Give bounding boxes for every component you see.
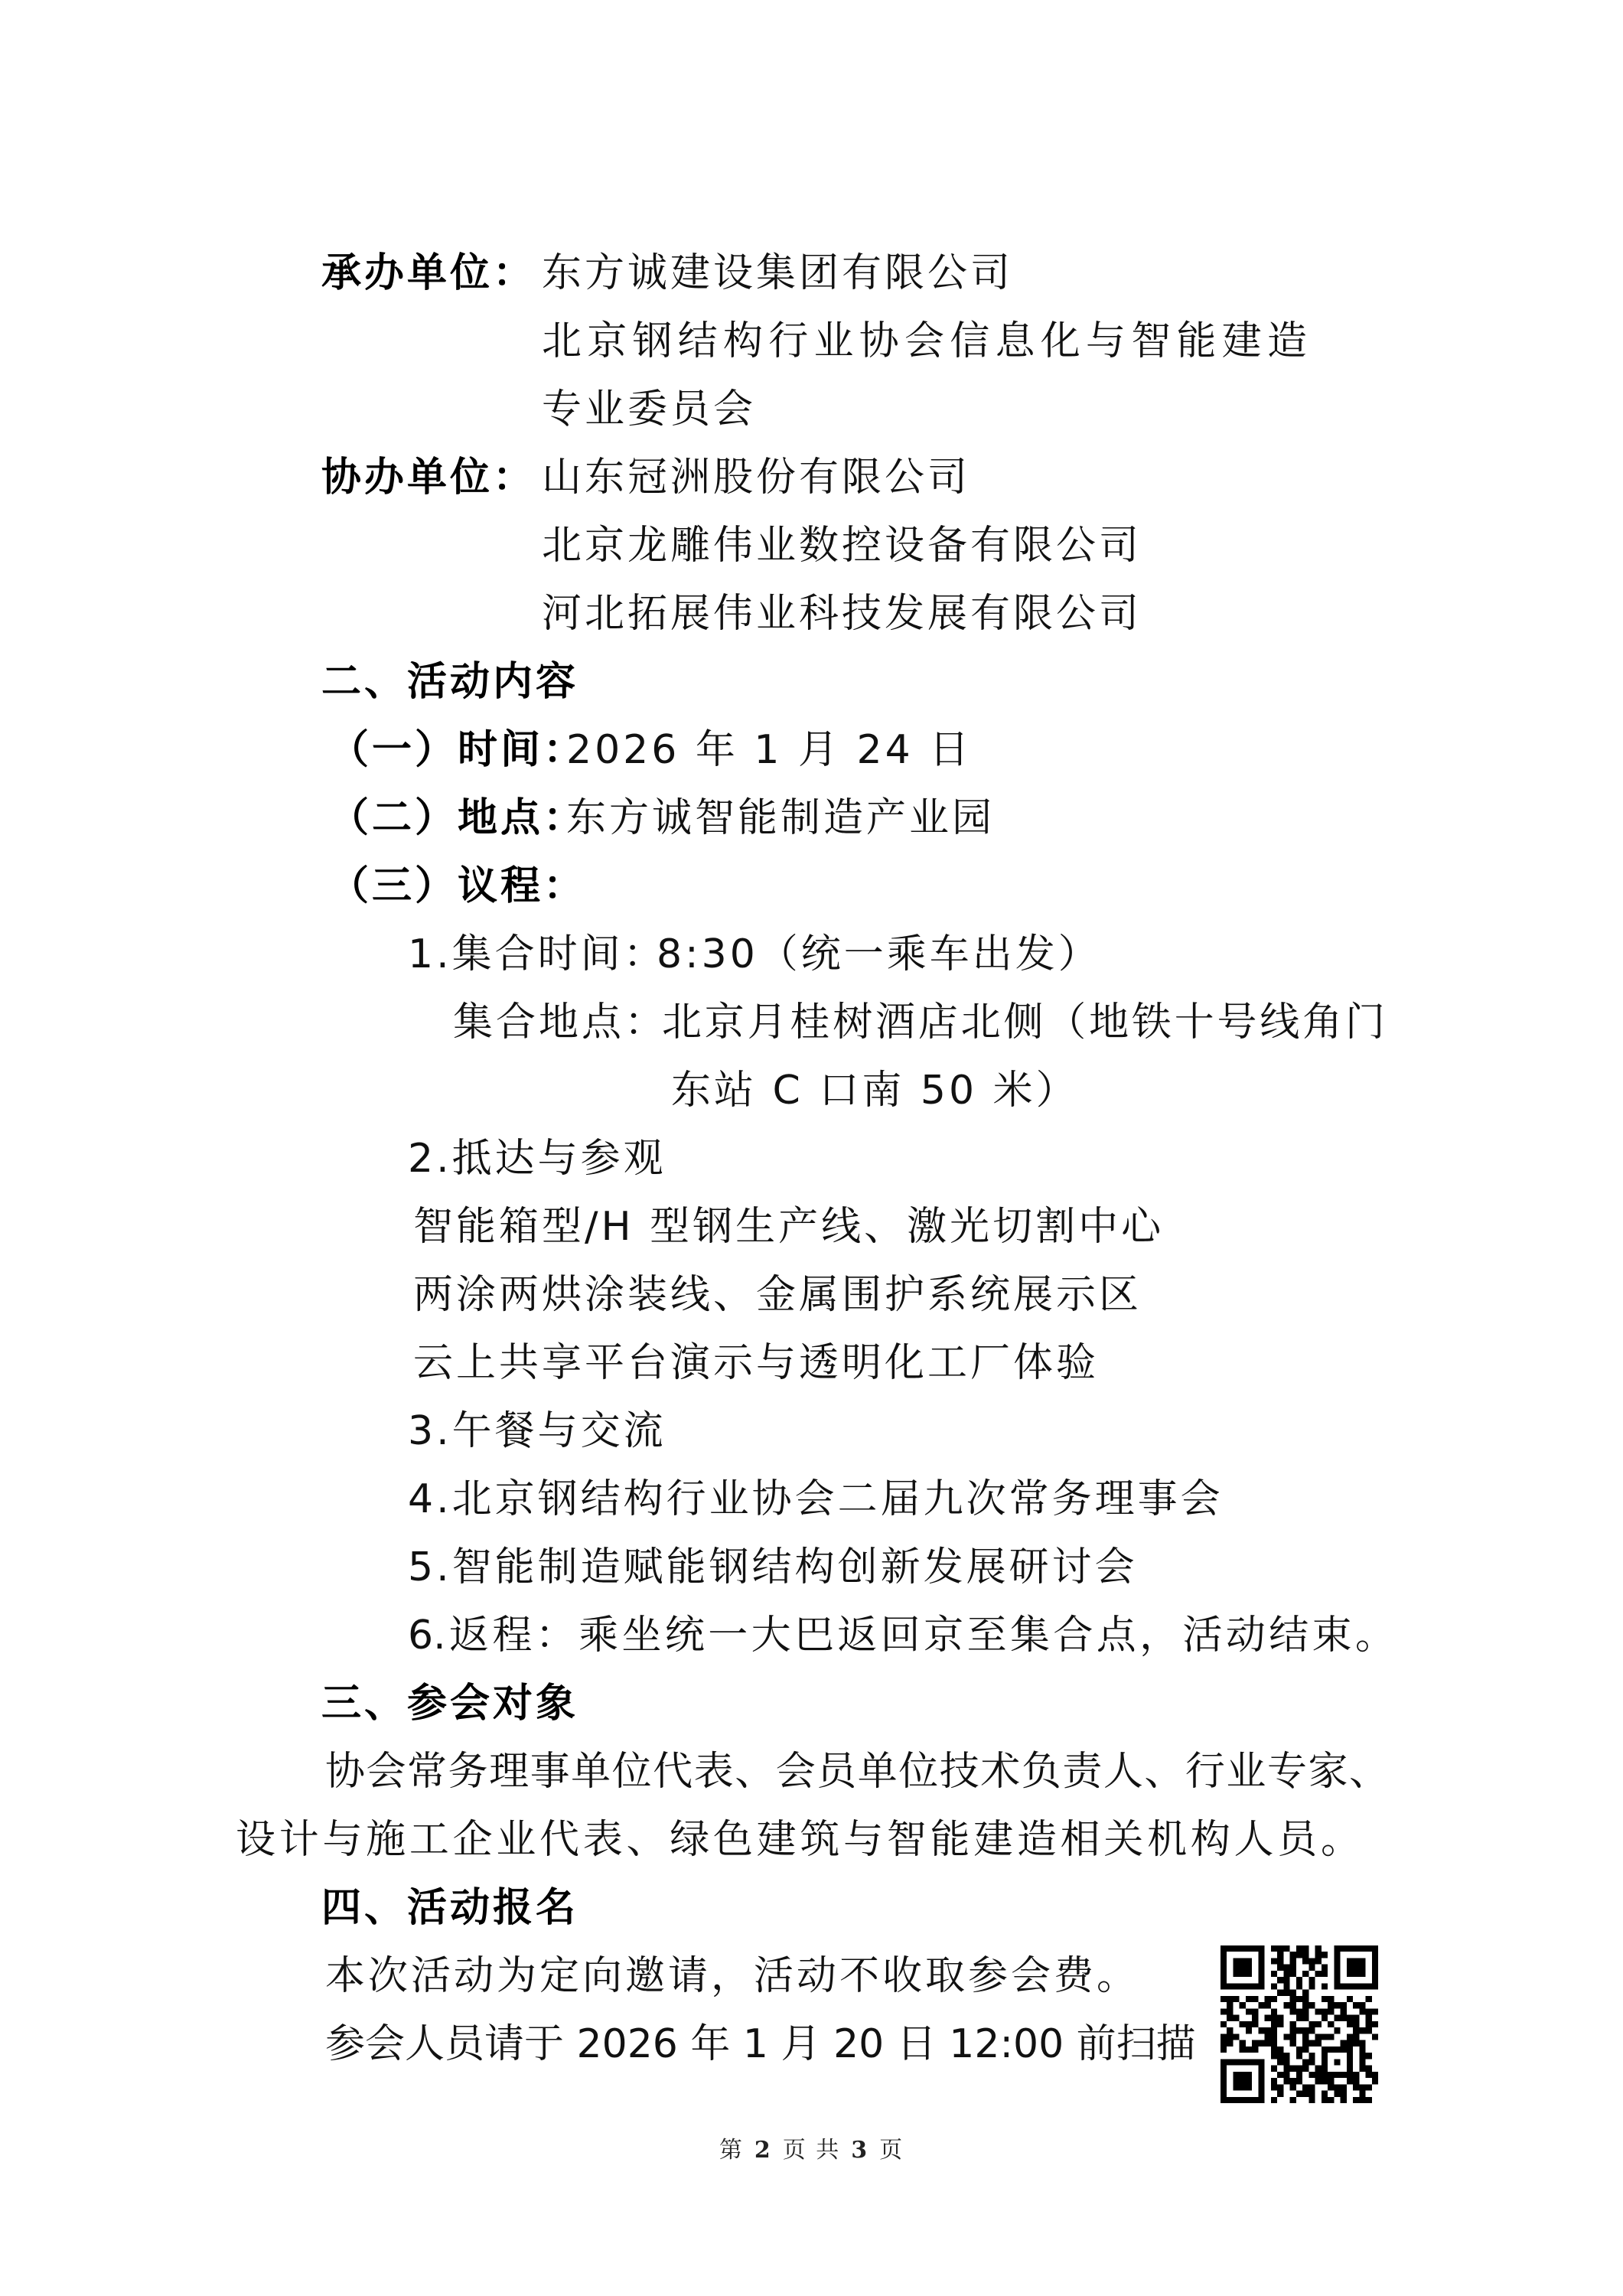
assembly-place-value-cont: 东站 C 口南 50 米） <box>671 1060 1079 1121</box>
agenda-item-1-label: 1.集合时间： <box>408 924 666 985</box>
agenda-item-5: 5.智能制造赋能钢结构创新发展研讨会 <box>408 1537 1138 1598</box>
agenda-item-2-detail-2: 两涂两烘涂装线、金属围护系统展示区 <box>413 1264 1142 1326</box>
time-value: 2026 年 1 月 24 日 <box>566 719 972 781</box>
co-unit-2: 北京龙雕伟业数控设备有限公司 <box>542 515 1142 576</box>
footer-total-pages: 3 <box>851 2137 869 2164</box>
agenda-item-2: 2.抵达与参观 <box>408 1128 666 1189</box>
registration-text-line-2: 参会人员请于 2026 年 1 月 20 日 12:00 前扫描 <box>325 2014 1182 2075</box>
host-unit-label: 承办单位： <box>321 243 536 304</box>
host-unit-2: 北京钢结构行业协会信息化与智能建造 <box>542 311 1307 372</box>
co-unit-3: 河北拓展伟业科技发展有限公司 <box>542 583 1142 644</box>
agenda-item-3: 3.午餐与交流 <box>408 1401 666 1462</box>
document-page: 承办单位： 东方诚建设集团有限公司 北京钢结构行业协会信息化与智能建造 专业委员… <box>0 0 1623 2296</box>
footer-current-page: 2 <box>754 2137 772 2164</box>
agenda-item-2-detail-1: 智能箱型/H 型钢生产线、激光切割中心 <box>413 1196 1164 1257</box>
place-value: 东方诚智能制造产业园 <box>566 788 995 849</box>
agenda-label: （三）议程： <box>329 856 586 917</box>
page-footer: 第2页 共3页 <box>0 2128 1623 2174</box>
participants-text-line-2: 设计与施工企业代表、绿色建筑与智能建造相关机构人员。 <box>236 1809 1361 1870</box>
registration-text-line-1: 本次活动为定向邀请，活动不收取参会费。 <box>325 1945 1139 2007</box>
agenda-item-2-detail-3: 云上共享平台演示与透明化工厂体验 <box>413 1332 1099 1394</box>
host-unit-1: 东方诚建设集团有限公司 <box>542 243 1013 304</box>
assembly-place-label: 集合地点： <box>453 992 667 1053</box>
time-label: （一）时间： <box>329 719 586 781</box>
agenda-item-4: 4.北京钢结构行业协会二届九次常务理事会 <box>408 1469 1224 1530</box>
footer-prefix: 第 <box>719 2137 744 2164</box>
qr-code-icon[interactable] <box>1221 1945 1378 2103</box>
host-unit-2-cont: 专业委员会 <box>542 379 756 440</box>
agenda-item-1-value: 8:30（统一乘车出发） <box>657 924 1101 985</box>
qr-code-graphic <box>1221 1945 1378 2103</box>
footer-suffix: 页 <box>879 2137 904 2164</box>
co-unit-1: 山东冠洲股份有限公司 <box>542 447 970 508</box>
assembly-place-value: 北京月桂树酒店北侧（地铁十号线角门 <box>662 992 1385 1053</box>
footer-middle: 页 共 <box>783 2137 841 2164</box>
co-unit-label: 协办单位： <box>321 447 536 508</box>
place-label: （二）地点： <box>329 788 586 849</box>
agenda-item-6: 6.返程：乘坐统一大巴返回京至集合点，活动结束。 <box>408 1605 1395 1666</box>
section-heading-participants: 三、参会对象 <box>321 1673 578 1734</box>
participants-text-line-1: 协会常务理事单位代表、会员单位技术负责人、行业专家、 <box>325 1741 1389 1802</box>
section-heading-activity-content: 二、活动内容 <box>321 651 578 713</box>
section-heading-registration: 四、活动报名 <box>321 1877 578 1939</box>
